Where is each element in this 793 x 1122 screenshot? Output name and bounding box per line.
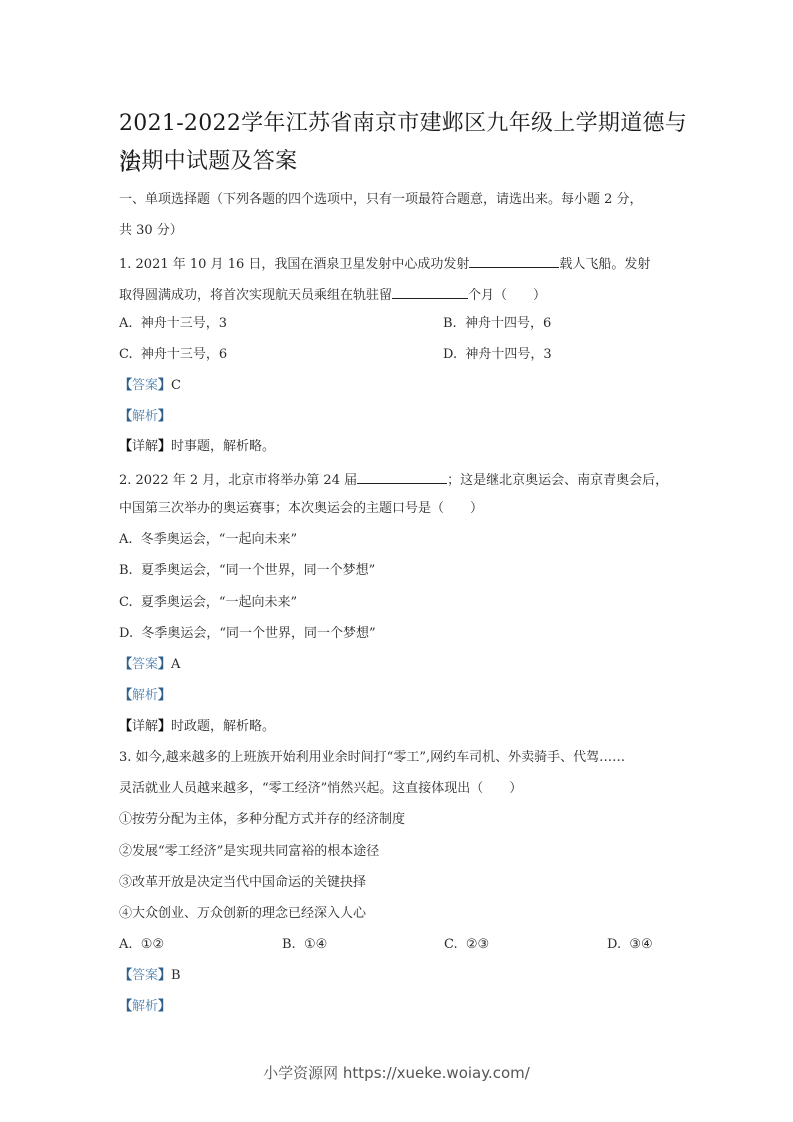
question-3-analysis: 【解析】 (119, 997, 171, 1017)
detail-tag: 详解 (132, 719, 158, 734)
option-text: ③④ (629, 937, 652, 952)
option-label: A. (119, 316, 133, 331)
option-text: 神舟十四号，3 (465, 347, 551, 362)
question-3-option-a: A. ①② (119, 935, 164, 955)
option-text: ①② (141, 937, 164, 952)
question-3-option-c: C. ②③ (444, 935, 489, 955)
question-2-detail: 【详解】时政题，解析略。 (119, 717, 275, 737)
option-text: 神舟十三号，6 (141, 347, 227, 362)
question-2-analysis: 【解析】 (119, 686, 171, 706)
question-3-statement-3: ③改革开放是决定当代中国命运的关键抉择 (119, 873, 366, 893)
question-3-statement-4: ④大众创业、万众创新的理念已经深入人心 (119, 904, 366, 924)
option-label: D. (443, 347, 457, 362)
question-1-option-b: B. 神舟十四号，6 (443, 314, 551, 334)
option-text: 冬季奥运会，“同一个世界，同一个梦想” (141, 626, 375, 641)
question-2-stem-line-2: 中国第三次举办的奥运赛事；本次奥运会的主题口号是（ ） (119, 499, 483, 519)
question-1-answer: 【答案】C (119, 376, 181, 396)
question-2-stem-line-1: 2. 2022 年 2 月，北京市将举办第 24 届；这是继北京奥运会、南京青奥… (119, 468, 668, 491)
question-3-answer: 【答案】B (119, 966, 181, 986)
option-label: B. (119, 563, 133, 578)
question-2-stem-text-a: 2. 2022 年 2 月，北京市将举办第 24 届 (119, 473, 357, 488)
question-1-blank-1 (469, 252, 559, 268)
document-page: 2021-2022学年江苏省南京市建邺区九年级上学期道德与法 治期中试题及答案 … (0, 0, 793, 1122)
question-1-option-a: A. 神舟十三号，3 (119, 314, 227, 334)
section-header-line-2: 共 30 分） (119, 221, 183, 241)
question-3-stem-line-1: 3. 如今,越来越多的上班族开始利用业余时间打“零工”,网约车司机、外卖骑手、代… (119, 748, 625, 768)
option-text: ②③ (466, 937, 489, 952)
question-3-stem-line-2: 灵活就业人员越来越多，“零工经济”悄然兴起。这直接体现出（ ） (119, 779, 522, 799)
option-label: B. (282, 937, 296, 952)
section-header-line-1: 一、单项选择题（下列各题的四个选项中，只有一项最符合题意，请选出来。每小题 2 … (119, 190, 643, 210)
option-label: A. (119, 532, 133, 547)
answer-value: A (171, 657, 180, 672)
detail-text: 时政题，解析略。 (171, 719, 275, 734)
question-1-stem-text-d: 个月（ ） (468, 288, 546, 303)
option-text: ①④ (304, 937, 327, 952)
option-label: C. (444, 937, 458, 952)
answer-tag: 答案 (132, 657, 158, 672)
answer-tag: 答案 (132, 378, 158, 393)
question-2-option-a: A. 冬季奥运会，“一起向未来” (119, 530, 297, 550)
question-1-analysis: 【解析】 (119, 407, 171, 427)
option-text: 神舟十四号，6 (465, 316, 551, 331)
question-2-option-b: B. 夏季奥运会，“同一个世界，同一个梦想” (119, 561, 375, 581)
option-label: A. (119, 937, 133, 952)
answer-value: C (171, 378, 181, 393)
detail-tag: 详解 (132, 439, 158, 454)
option-label: C. (119, 595, 133, 610)
option-label: D. (607, 937, 621, 952)
analysis-tag: 解析 (132, 688, 158, 703)
document-title-line-2: 治期中试题及答案 (119, 142, 689, 182)
question-2-answer: 【答案】A (119, 655, 180, 675)
question-3-statement-1: ①按劳分配为主体，多种分配方式并存的经济制度 (119, 810, 405, 830)
question-2-option-c: C. 夏季奥运会，“一起向未来” (119, 593, 297, 613)
question-1-stem-text-b: 载人飞船。发射 (559, 257, 650, 272)
question-2-stem-text-b: ；这是继北京奥运会、南京青奥会后， (447, 473, 668, 488)
question-1-stem-line-1: 1. 2021 年 10 月 16 日，我国在酒泉卫星发射中心成功发射载人飞船。… (119, 252, 650, 275)
option-text: 神舟十三号，3 (141, 316, 227, 331)
question-1-stem-line-2: 取得圆满成功，将首次实现航天员乘组在轨驻留个月（ ） (119, 283, 546, 306)
question-2-blank (357, 468, 447, 484)
answer-value: B (171, 968, 181, 983)
analysis-tag: 解析 (132, 409, 158, 424)
option-label: C. (119, 347, 133, 362)
option-text: 夏季奥运会，“一起向未来” (141, 595, 297, 610)
answer-tag: 答案 (132, 968, 158, 983)
question-1-option-c: C. 神舟十三号，6 (119, 345, 227, 365)
question-2-option-d: D. 冬季奥运会，“同一个世界，同一个梦想” (119, 624, 376, 644)
analysis-tag: 解析 (132, 999, 158, 1014)
question-3-option-b: B. ①④ (282, 935, 327, 955)
question-1-stem-text-a: 1. 2021 年 10 月 16 日，我国在酒泉卫星发射中心成功发射 (119, 257, 469, 272)
footer-watermark: 小学资源网 https://xueke.woiay.com/ (0, 1062, 793, 1083)
question-3-statement-2: ②发展“零工经济”是实现共同富裕的根本途径 (119, 842, 379, 862)
question-1-stem-text-c: 取得圆满成功，将首次实现航天员乘组在轨驻留 (119, 288, 392, 303)
detail-text: 时事题，解析略。 (171, 439, 275, 454)
option-label: D. (119, 626, 133, 641)
option-text: 夏季奥运会，“同一个世界，同一个梦想” (141, 563, 375, 578)
question-1-option-d: D. 神舟十四号，3 (443, 345, 552, 365)
question-3-option-d: D. ③④ (607, 935, 653, 955)
question-1-detail: 【详解】时事题，解析略。 (119, 437, 275, 457)
question-1-blank-2 (392, 283, 468, 299)
option-text: 冬季奥运会，“一起向未来” (141, 532, 297, 547)
option-label: B. (443, 316, 457, 331)
